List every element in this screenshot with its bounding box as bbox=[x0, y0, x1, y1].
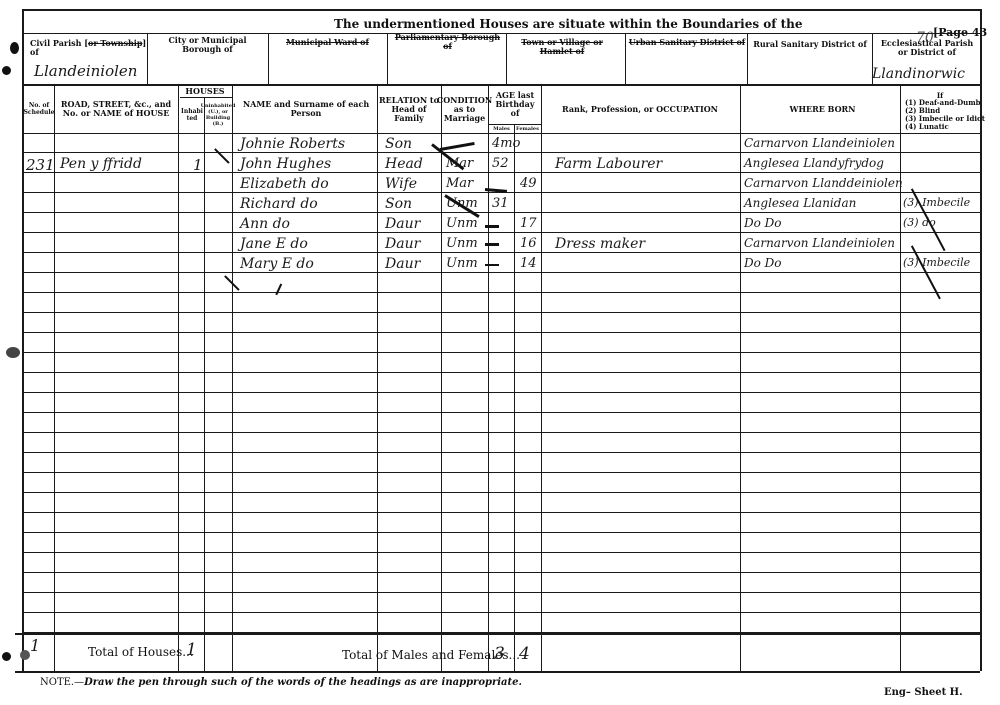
relation-cell: Son bbox=[385, 136, 412, 152]
occupation-cell: Farm Labourer bbox=[555, 156, 662, 172]
row-line bbox=[22, 592, 980, 593]
name-cell: Johnie Roberts bbox=[240, 136, 345, 152]
col-header-name: NAME and Surname of each Person bbox=[236, 88, 376, 130]
header-bottom-line bbox=[22, 133, 980, 134]
row-line bbox=[22, 492, 980, 493]
female-age-cell: 17 bbox=[520, 216, 537, 231]
district-divider bbox=[506, 33, 507, 84]
row-line bbox=[22, 152, 980, 153]
schedule-cell: 231 bbox=[26, 156, 55, 174]
condition-cell: Unm bbox=[446, 216, 478, 231]
col-header-occupation: Rank, Profession, or OCCUPATION bbox=[545, 88, 735, 130]
district-divider bbox=[387, 33, 388, 84]
row-line bbox=[22, 572, 980, 573]
ink-blot bbox=[10, 42, 19, 54]
relation-cell: Head bbox=[385, 156, 423, 172]
ecclesiastical-parish-value: Llandinorwic bbox=[872, 66, 965, 82]
row-line bbox=[22, 512, 980, 513]
sheet-label: Eng– Sheet H. bbox=[884, 687, 963, 698]
relation-cell: Daur bbox=[385, 236, 420, 252]
district-divider bbox=[747, 33, 748, 84]
civil-parish-label: Civil Parish [or Township] of bbox=[30, 39, 150, 57]
district-divider bbox=[268, 33, 269, 84]
condition-cell: Mar bbox=[446, 176, 473, 191]
municipal-borough-label: City or Municipal Borough of bbox=[150, 35, 265, 55]
total-males-value: 3 bbox=[494, 644, 505, 664]
slash-mark bbox=[275, 284, 281, 296]
rural-sanitary-label: Rural Sanitary District of bbox=[750, 37, 870, 51]
row-line bbox=[22, 452, 980, 453]
totals-top-line bbox=[15, 633, 980, 635]
row-line bbox=[22, 472, 980, 473]
district-divider bbox=[147, 33, 148, 84]
total-houses-value: 1 bbox=[186, 640, 197, 660]
col-header-relation: RELATION to Head of Family bbox=[378, 88, 440, 130]
relation-cell: Son bbox=[385, 196, 412, 212]
town-village-label: Town or Village or Hamlet of bbox=[512, 35, 612, 59]
female-age-cell: 49 bbox=[520, 176, 537, 191]
relation-cell: Daur bbox=[385, 216, 420, 232]
relation-cell: Daur bbox=[385, 256, 420, 272]
row-line bbox=[22, 252, 980, 253]
urban-sanitary-label: Urban Sanitary District of bbox=[628, 35, 746, 49]
condition-cell: Unm bbox=[446, 236, 478, 251]
name-cell: Richard do bbox=[240, 196, 318, 212]
frame-top bbox=[22, 9, 980, 11]
road-cell: Pen y ffridd bbox=[60, 156, 142, 172]
footer-note-text: Draw the pen through such of the words o… bbox=[84, 677, 522, 688]
punch-hole bbox=[2, 66, 11, 75]
male-age-cell: 31 bbox=[492, 196, 509, 211]
row-line bbox=[22, 432, 980, 433]
col-header-road: ROAD, STREET, &c., and No. or NAME of HO… bbox=[56, 88, 176, 130]
footer-note: NOTE.—Draw the pen through such of the w… bbox=[40, 677, 522, 688]
row-line bbox=[22, 552, 980, 553]
row-line bbox=[22, 412, 980, 413]
name-cell: Elizabeth do bbox=[240, 176, 329, 192]
male-age-cell: 52 bbox=[492, 156, 509, 171]
where-born-cell: Carnarvon Llanddeiniolen bbox=[744, 176, 903, 190]
col-header-infirmity-list: (1) Deaf-and-Dumb (2) Blind (3) Imbecile… bbox=[905, 99, 985, 131]
column-line bbox=[514, 124, 515, 671]
row-line bbox=[22, 392, 980, 393]
row-line bbox=[22, 272, 980, 273]
total-females-value: 4 bbox=[519, 644, 530, 664]
slash-mark bbox=[214, 148, 229, 163]
footer-note-prefix: NOTE.— bbox=[40, 677, 84, 688]
frame-bottom bbox=[15, 671, 980, 673]
col-header-houses: HOUSES bbox=[180, 85, 230, 97]
strike-mark bbox=[485, 225, 499, 228]
col-header-where-born: WHERE BORN bbox=[745, 88, 900, 130]
male-age-cell: 4mo bbox=[492, 136, 520, 151]
row-line bbox=[22, 232, 980, 233]
row-line bbox=[22, 312, 980, 313]
col-header-females: Females bbox=[515, 125, 540, 133]
column-line bbox=[204, 97, 205, 671]
col-header-uninhabited: Uninhabited (U.), or Building (B.) bbox=[205, 98, 231, 132]
female-age-cell: 14 bbox=[520, 256, 537, 271]
row-line bbox=[22, 372, 980, 373]
total-schedule-mark: 1 bbox=[30, 636, 40, 655]
municipal-ward-label: Municipal Ward of bbox=[270, 35, 385, 49]
inhabited-cell: 1 bbox=[193, 156, 203, 174]
civil-parish-value: Llandeiniolen bbox=[34, 62, 137, 80]
row-line bbox=[22, 532, 980, 533]
col-header-schedule: No. of Schedule bbox=[24, 88, 54, 130]
parliamentary-borough-label: Parliamentary Borough of bbox=[390, 35, 505, 49]
row-line bbox=[22, 292, 980, 293]
col-header-age: AGE last Birthday of bbox=[490, 86, 540, 122]
ink-blot bbox=[20, 650, 30, 660]
where-born-cell: Anglesea Llandyfrydog bbox=[744, 156, 884, 170]
total-houses-label: Total of Houses... bbox=[88, 645, 194, 659]
infirmity-cell: (3) Imbecile bbox=[903, 256, 970, 269]
infirmity-option: (4) Lunatic bbox=[905, 123, 985, 131]
name-cell: Jane E do bbox=[240, 236, 308, 252]
occupation-cell: Dress maker bbox=[555, 236, 645, 252]
strike-mark bbox=[485, 243, 499, 246]
infirmity-cell: (3) Imbecile bbox=[903, 196, 970, 209]
name-cell: John Hughes bbox=[240, 156, 331, 172]
row-line bbox=[22, 332, 980, 333]
where-born-cell: Carnarvon Llandeiniolen bbox=[744, 136, 895, 150]
where-born-cell: Anglesea Llanidan bbox=[744, 196, 856, 210]
relation-cell: Wife bbox=[385, 176, 417, 192]
strike-mark bbox=[485, 264, 499, 266]
name-cell: Mary E do bbox=[240, 256, 314, 272]
ink-blot bbox=[6, 347, 20, 358]
row-line bbox=[22, 172, 980, 173]
row-line bbox=[22, 612, 980, 613]
punch-hole bbox=[2, 652, 11, 661]
col-header-condition: CONDITION as to Marriage bbox=[442, 86, 487, 132]
condition-cell: Unm bbox=[446, 256, 478, 271]
row-line bbox=[22, 352, 980, 353]
where-born-cell: Carnarvon Llandeiniolen bbox=[744, 236, 895, 250]
row-line bbox=[22, 212, 980, 213]
female-age-cell: 16 bbox=[520, 236, 537, 251]
district-divider bbox=[625, 33, 626, 84]
strike-mark bbox=[440, 142, 475, 151]
name-cell: Ann do bbox=[240, 216, 290, 232]
ecclesiastical-parish-label: Ecclesiastical Parish or District of bbox=[876, 37, 978, 59]
where-born-cell: Do Do bbox=[744, 256, 782, 270]
where-born-cell: Do Do bbox=[744, 216, 782, 230]
col-header-males: Males bbox=[489, 125, 514, 133]
page-heading: The undermentioned Houses are situate wi… bbox=[334, 17, 803, 31]
